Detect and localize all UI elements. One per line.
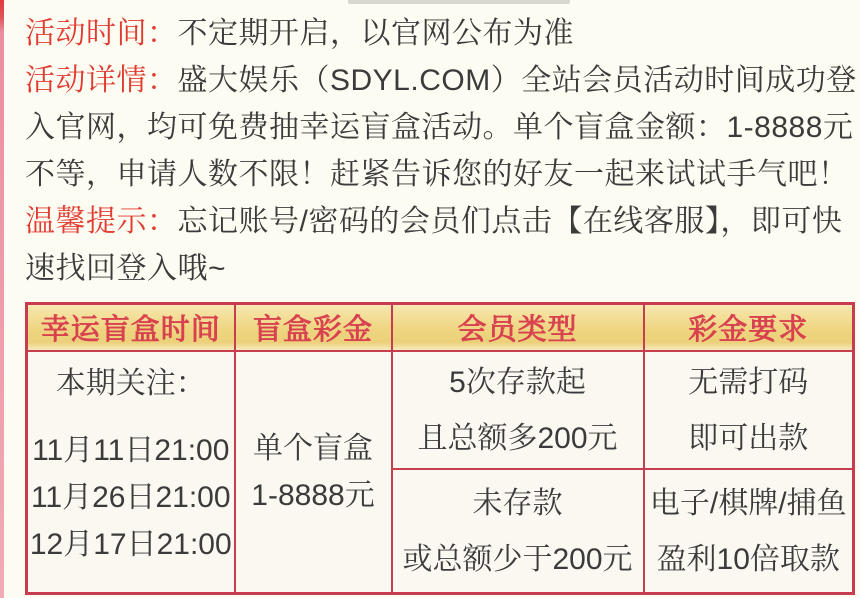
activity-time-label: 活动时间：	[25, 17, 178, 50]
requirement-line: 电子/棋牌/捕鱼	[646, 480, 852, 527]
prize-line: 单个盲盒	[237, 425, 390, 472]
member-type-cell: 5次存款起 且总额多200元	[392, 351, 644, 469]
requirement-cell: 无需打码 即可出款	[644, 351, 854, 469]
prize-cell: 单个盲盒 1-8888元	[235, 351, 392, 594]
intro-line-text: 不定期开启，以官网公布为准	[178, 17, 575, 50]
header-box-prize: 盲盒彩金	[235, 304, 392, 352]
requirement-cell: 电子/棋牌/捕鱼 盈利10倍取款	[644, 469, 854, 594]
member-type-line: 或总额少于200元	[394, 536, 642, 583]
header-lucky-box-time: 幸运盲盒时间	[27, 304, 235, 352]
intro-line-text: 盛大娱乐（SDYL.COM）全站会员活动时间成功登	[178, 64, 857, 97]
intro-line-text: 入官网，均可免费抽幸运盲盒活动。单个盲盒金额：1-8888元	[25, 111, 853, 144]
table-row: 本期关注： 11月11日21:00 11月26日21:00 12月17日21:0…	[27, 351, 854, 469]
requirement-line: 即可出款	[646, 415, 852, 462]
member-type-cell: 未存款 或总额少于200元	[392, 469, 644, 594]
warm-tip-label: 温馨提示：	[25, 205, 178, 238]
promo-table: 幸运盲盒时间 盲盒彩金 会员类型 彩金要求 本期关注： 11月11日21:00 …	[25, 302, 855, 595]
requirement-line: 无需打码	[646, 359, 852, 406]
left-edge-crop-artifact	[0, 0, 4, 598]
table-header-row: 幸运盲盒时间 盲盒彩金 会员类型 彩金要求	[27, 304, 854, 352]
intro-line: 入官网，均可免费抽幸运盲盒活动。单个盲盒金额：1-8888元	[25, 104, 855, 151]
header-member-type: 会员类型	[392, 304, 644, 352]
intro-line-text: 忘记账号/密码的会员们点击【在线客服】，即可快	[178, 205, 843, 238]
intro-line-text: 速找回登入哦~	[25, 252, 226, 285]
focus-label: 本期关注：	[29, 360, 233, 407]
intro-line-text: 不等，申请人数不限！赶紧告诉您的好友一起来试试手气吧！	[25, 158, 849, 191]
draw-date: 11月11日21:00	[29, 427, 233, 474]
member-type-line: 且总额多200元	[394, 415, 642, 462]
intro-line: 速找回登入哦~	[25, 245, 855, 292]
draw-date: 11月26日21:00	[29, 474, 233, 521]
prize-line: 1-8888元	[237, 472, 390, 519]
intro-line: 温馨提示：忘记账号/密码的会员们点击【在线客服】，即可快	[25, 198, 855, 245]
member-type-line: 5次存款起	[394, 359, 642, 406]
promo-description: 活动时间：不定期开启，以官网公布为准 活动详情：盛大娱乐（SDYL.COM）全站…	[0, 0, 855, 292]
header-prize-requirement: 彩金要求	[644, 304, 854, 352]
draw-date: 12月17日21:00	[29, 521, 233, 568]
time-cell: 本期关注： 11月11日21:00 11月26日21:00 12月17日21:0…	[27, 351, 235, 594]
member-type-line: 未存款	[394, 480, 642, 527]
requirement-line: 盈利10倍取款	[646, 536, 852, 583]
intro-line: 不等，申请人数不限！赶紧告诉您的好友一起来试试手气吧！	[25, 151, 855, 198]
top-crop-artifact	[348, 0, 570, 4]
intro-line: 活动详情：盛大娱乐（SDYL.COM）全站会员活动时间成功登	[25, 57, 855, 104]
intro-line: 活动时间：不定期开启，以官网公布为准	[25, 10, 855, 57]
activity-detail-label: 活动详情：	[25, 64, 178, 97]
